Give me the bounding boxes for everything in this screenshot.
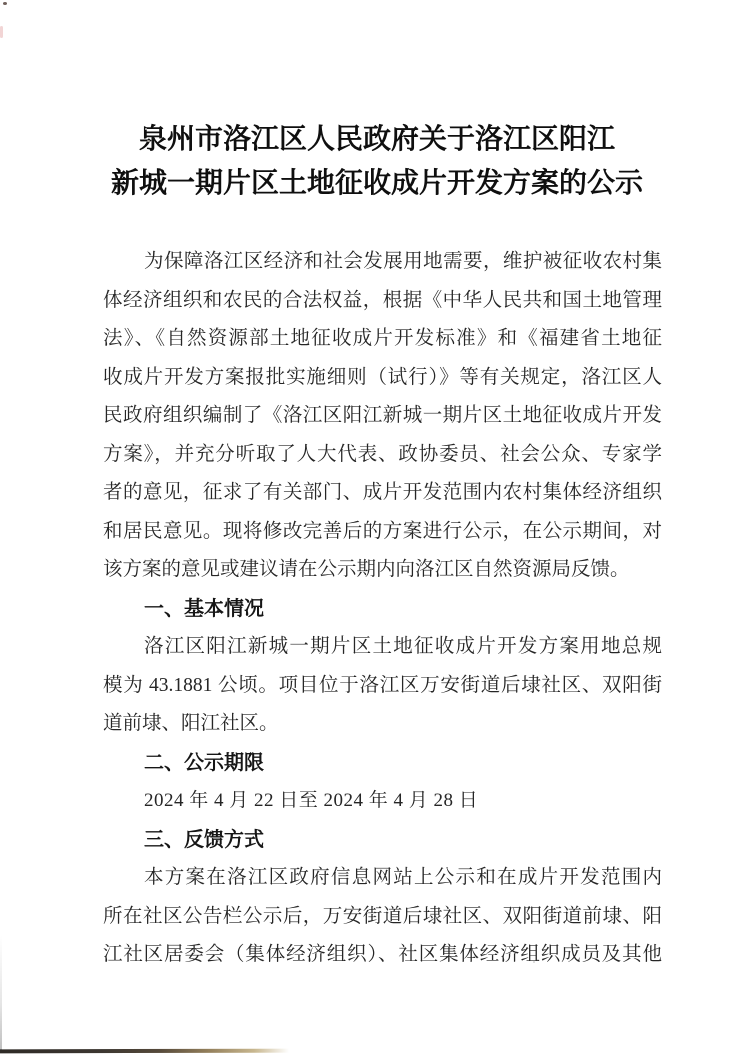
scan-artifact-bottom-edge-line — [0, 1049, 289, 1054]
doc-line: 者的意见，征求了有关部门、成片开发范围内农村集体经济组织 — [103, 474, 662, 513]
document-page: 泉州市洛江区人民政府关于洛江区阳江 新城一期片区土地征收成片开发方案的公示 为保… — [0, 0, 747, 1057]
doc-line: 收成片开发方案报批实施细则（试行）》等有关规定，洛江区人 — [103, 359, 662, 398]
document-title: 泉州市洛江区人民政府关于洛江区阳江 新城一期片区土地征收成片开发方案的公示 — [7, 118, 747, 206]
doc-line: 本方案在洛江区政府信息网站上公示和在成片开发范围内 — [103, 859, 662, 898]
scan-speck — [147, 140, 150, 142]
document-body: 为保障洛江区经济和社会发展用地需要，维护被征收农村集 体经济组织和农民的合法权益… — [103, 243, 662, 975]
document-title-line-2: 新城一期片区土地征收成片开发方案的公示 — [7, 162, 747, 206]
publicity-period-dates: 2024 年 4 月 22 日至 2024 年 4 月 28 日 — [103, 782, 662, 821]
section-heading-feedback-method: 三、反馈方式 — [103, 821, 662, 860]
doc-line: 该方案的意见或建议请在公示期内向洛江区自然资源局反馈。 — [103, 551, 662, 590]
doc-line: 模为 43.1881 公顷。项目位于洛江区万安街道后埭社区、双阳街 — [103, 667, 662, 706]
scan-speck-top-left — [3, 2, 7, 5]
doc-line: 民政府组织编制了《洛江区阳江新城一期片区土地征收成片开发 — [103, 397, 662, 436]
section-heading-basic-info: 一、基本情况 — [103, 590, 662, 629]
doc-line: 为保障洛江区经济和社会发展用地需要，维护被征收农村集 — [103, 243, 662, 282]
doc-line: 所在社区公告栏公示后，万安街道后埭社区、双阳街道前埭、阳 — [103, 898, 662, 937]
scan-smudge-pink — [0, 26, 3, 38]
doc-line: 法》、《自然资源部土地征收成片开发标准》和《福建省土地征 — [103, 320, 662, 359]
scan-speck — [533, 961, 535, 963]
doc-line: 方案》，并充分听取了人大代表、政协委员、社会公众、专家学 — [103, 436, 662, 475]
doc-line: 体经济组织和农民的合法权益，根据《中华人民共和国土地管理 — [103, 282, 662, 321]
scan-artifact-left-edge-shade — [0, 935, 2, 1050]
doc-line: 洛江区阳江新城一期片区土地征收成片开发方案用地总规 — [103, 628, 662, 667]
doc-line: 和居民意见。现将修改完善后的方案进行公示，在公示期间，对 — [103, 513, 662, 552]
document-title-line-1: 泉州市洛江区人民政府关于洛江区阳江 — [7, 118, 747, 162]
doc-line: 江社区居委会（集体经济组织）、社区集体经济组织成员及其他 — [103, 936, 662, 975]
scan-speck — [145, 128, 147, 130]
section-heading-publicity-period: 二、公示期限 — [103, 744, 662, 783]
doc-line: 道前埭、阳江社区。 — [103, 705, 662, 744]
